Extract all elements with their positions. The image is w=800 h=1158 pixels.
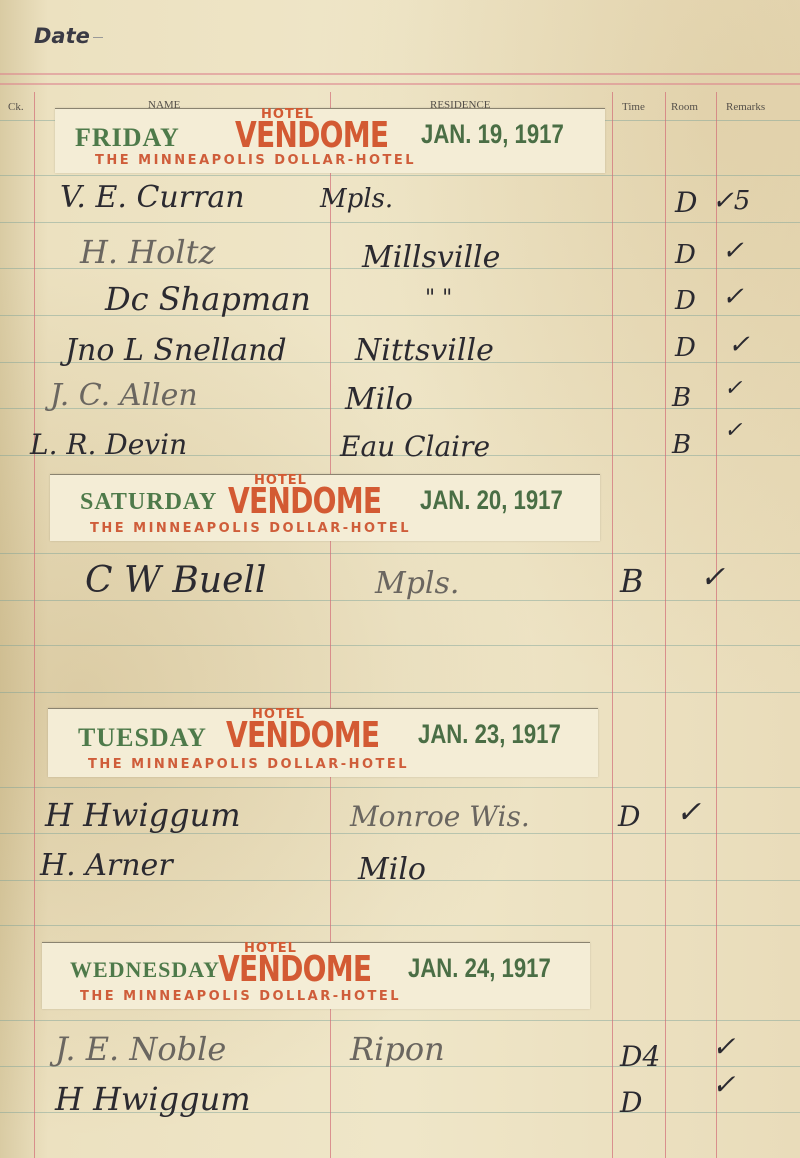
date-label: Date <box>34 24 103 48</box>
register-page: Date Ck. NAME RESIDENCE Time Room Remark… <box>0 0 800 1158</box>
guest-residence: " " <box>425 286 452 311</box>
guest-remarks: ✓ <box>712 1030 735 1063</box>
guest-residence: Ripon <box>350 1030 445 1068</box>
hotel-name: VENDOME <box>228 481 381 522</box>
column-rule-time <box>665 92 666 1158</box>
guest-room: D4 <box>620 1040 660 1073</box>
weekday-label: WEDNESDAY <box>70 957 220 983</box>
guest-remarks: ✓ <box>712 1068 735 1101</box>
guest-name: H. Holtz <box>80 233 215 271</box>
guest-room: D <box>675 333 696 363</box>
strip-date: JAN. 23, 1917 <box>418 719 561 750</box>
guest-room: D <box>620 1086 642 1119</box>
hotel-tagline: THE MINNEAPOLIS DOLLAR-HOTEL <box>88 757 409 772</box>
guest-remarks: ✓5 <box>712 186 750 216</box>
guest-residence: Eau Claire <box>340 430 490 463</box>
hotel-tagline: THE MINNEAPOLIS DOLLAR-HOTEL <box>95 153 416 168</box>
weekday-label: TUESDAY <box>78 723 207 753</box>
strip-date: JAN. 19, 1917 <box>421 119 564 150</box>
guest-remarks: ✓ <box>722 236 744 266</box>
guest-residence: Mpls. <box>320 184 393 214</box>
guest-remarks: ✓ <box>700 560 725 595</box>
column-rule-residence <box>612 92 613 1158</box>
guest-remarks: ✓ <box>728 330 750 360</box>
guest-room: D <box>675 286 696 316</box>
header-rule <box>0 73 800 75</box>
guest-remarks: ✓ <box>722 282 744 312</box>
column-header-ck: Ck. <box>8 101 24 113</box>
guest-name: J. E. Noble <box>55 1030 226 1068</box>
guest-room: B <box>620 562 644 600</box>
hotel-name: VENDOME <box>218 949 371 990</box>
guest-remarks: ✓ <box>676 795 701 830</box>
header-rule <box>0 83 800 85</box>
column-header-room: Room <box>671 101 698 113</box>
guest-name: L. R. Devin <box>30 428 187 461</box>
weekday-label: FRIDAY <box>75 123 180 153</box>
guest-name: H. Arner <box>40 848 173 883</box>
guest-name: Jno L Snelland <box>65 333 287 368</box>
guest-name: Dc Shapman <box>105 280 311 318</box>
column-header-remarks: Remarks <box>726 101 765 113</box>
strip-date: JAN. 24, 1917 <box>408 953 551 984</box>
guest-name: H Hwiggum <box>55 1080 251 1118</box>
guest-residence: Milo <box>358 852 426 887</box>
guest-residence: Milo <box>345 382 413 417</box>
guest-remarks: ✓ <box>724 376 742 401</box>
date-strip-friday: FRIDAY HOTEL VENDOME JAN. 19, 1917 THE M… <box>55 108 605 173</box>
hotel-tagline: THE MINNEAPOLIS DOLLAR-HOTEL <box>90 521 411 536</box>
guest-name: V. E. Curran <box>60 180 245 215</box>
guest-name: C W Buell <box>85 560 266 601</box>
hotel-name: VENDOME <box>235 115 388 156</box>
date-strip-saturday: SATURDAY HOTEL VENDOME JAN. 20, 1917 THE… <box>50 474 600 541</box>
guest-name: J. C. Allen <box>50 378 198 413</box>
date-strip-wednesday: WEDNESDAY HOTEL VENDOME JAN. 24, 1917 TH… <box>42 942 590 1009</box>
date-strip-tuesday: TUESDAY HOTEL VENDOME JAN. 23, 1917 THE … <box>48 708 598 777</box>
hotel-name: VENDOME <box>226 715 379 756</box>
guest-residence: Mpls. <box>375 566 459 601</box>
guest-room: D <box>675 186 697 219</box>
column-rule-ck <box>34 92 35 1158</box>
guest-room: D <box>675 240 696 270</box>
column-rule-room <box>716 92 717 1158</box>
guest-room: B <box>672 383 691 413</box>
hotel-tagline: THE MINNEAPOLIS DOLLAR-HOTEL <box>80 989 401 1004</box>
guest-residence: Nittsville <box>355 333 494 368</box>
weekday-label: SATURDAY <box>80 489 217 516</box>
guest-residence: Monroe Wis. <box>350 800 530 833</box>
guest-name: H Hwiggum <box>45 796 241 834</box>
column-header-time: Time <box>622 101 645 113</box>
guest-remarks: ✓ <box>724 418 742 443</box>
guest-room: B <box>672 430 691 460</box>
guest-residence: Millsville <box>362 240 500 275</box>
guest-room: D <box>618 800 640 833</box>
strip-date: JAN. 20, 1917 <box>420 485 563 516</box>
